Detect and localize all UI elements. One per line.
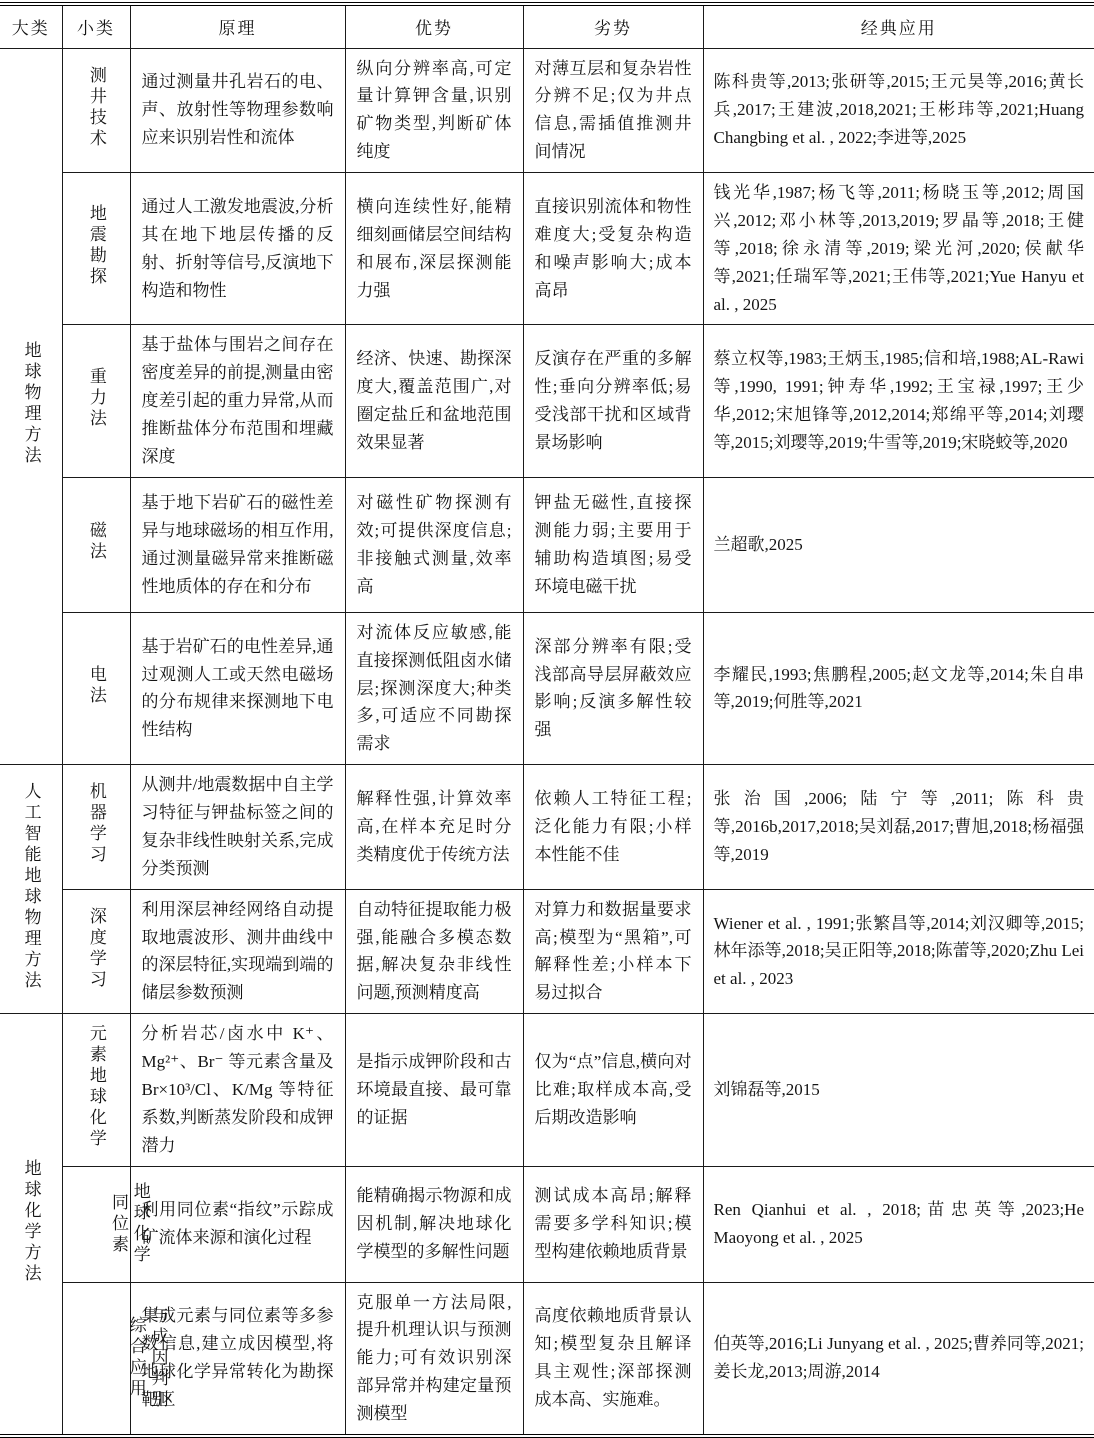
minor-category-cell: 机器学习 (62, 765, 130, 890)
advantage-cell: 自动特征提取能力极强,能融合多模态数据,解决复杂非线性问题,预测精度高 (345, 889, 523, 1014)
advantage-cell: 纵向分辨率高,可定量计算钾含量,识别矿物类型,判断矿体纯度 (345, 48, 523, 173)
minor-label: 电法 (87, 665, 105, 707)
group-cell-geochemistry: 地球化学方法 (0, 1014, 62, 1434)
methods-table-wrap: 大类 小类 原理 优势 劣势 经典应用 地球物理方法 测井技术 通过测量井孔岩石… (0, 2, 1094, 1438)
applications-cell: 兰超歌,2025 (703, 477, 1094, 612)
disadvantage-cell: 对薄互层和复杂岩性分辨不足;仅为井点信息,需插值推测井间情况 (523, 48, 703, 173)
disadvantage-cell: 钾盐无磁性,直接探测能力弱;主要用于辅助构造填图;易受环境电磁干扰 (523, 477, 703, 612)
minor-category-cell: 磁法 (62, 477, 130, 612)
disadvantage-cell: 高度依赖地质背景认知;模型复杂且解译具主观性;深部探测成本高、实施难。 (523, 1282, 703, 1434)
group-cell-geophysics: 地球物理方法 (0, 48, 62, 765)
principle-cell: 通过测量井孔岩石的电、声、放射性等物理参数响应来识别岩性和流体 (130, 48, 345, 173)
disadvantage-cell: 反演存在严重的多解性;垂向分辨率低;易受浅部干扰和区域背景场影响 (523, 325, 703, 477)
minor-label: 深度学习 (87, 907, 105, 991)
header-major-category: 大类 (0, 6, 62, 48)
applications-cell: 刘锦磊等,2015 (703, 1014, 1094, 1166)
advantage-cell: 克服单一方法局限,提升机理认识与预测能力;可有效识别深部异常并构建定量预测模型 (345, 1282, 523, 1434)
advantage-cell: 对流体反应敏感,能直接探测低阻卤水储层;探测深度大;种类多,可适应不同勘探需求 (345, 612, 523, 764)
table-row-machine-learning: 人工智能地球物理方法 机器学习 从测井/地震数据中自主学习特征与钾盐标签之间的复… (0, 765, 1094, 890)
disadvantage-cell: 对算力和数据量要求高;模型为“黑箱”,可解释性差;小样本下易过拟合 (523, 889, 703, 1014)
header-disadvantage: 劣势 (523, 6, 703, 48)
advantage-cell: 对磁性矿物探测有效;可提供深度信息;非接触式测量,效率高 (345, 477, 523, 612)
principle-cell: 通过人工激发地震波,分析其在地下地层传播的反射、折射等信号,反演地下构造和物性 (130, 173, 345, 325)
minor-label: 测井技术 (87, 66, 105, 150)
applications-cell: 钱光华,1987;杨飞等,2011;杨晓玉等,2012;周国兴,2012;邓小林… (703, 173, 1094, 325)
table-row-magnetic: 磁法 基于地下岩矿石的磁性差异与地球磁场的相互作用,通过测量磁异常来推断磁性地质… (0, 477, 1094, 612)
applications-cell: 伯英等,2016;Li Junyang et al. , 2025;曹养同等,2… (703, 1282, 1094, 1434)
principle-cell: 基于盐体与围岩之间存在密度差异的前提,测量由密度差引起的重力异常,从而推断盐体分… (130, 325, 345, 477)
table-row-integrated-application: 综合应用 与成因判别 集成元素与同位素等多参数信息,建立成因模型,将地球化学异常… (0, 1282, 1094, 1434)
applications-cell: Ren Qianhui et al. , 2018;苗忠英等,2023;He M… (703, 1166, 1094, 1282)
principle-cell: 集成元素与同位素等多参数信息,建立成因模型,将地球化学异常转化为勘探靶区 (130, 1282, 345, 1434)
advantage-cell: 经济、快速、勘探深度大,覆盖范围广,对圈定盐丘和盆地范围效果显著 (345, 325, 523, 477)
table-row-element-geochemistry: 地球化学方法 元素地球化学 分析岩芯/卤水中 K⁺、Mg²⁺、Br⁻ 等元素含量… (0, 1014, 1094, 1166)
applications-cell: 李耀民,1993;焦鹏程,2005;赵文龙等,2014;朱自串等,2019;何胜… (703, 612, 1094, 764)
applications-cell: 蔡立权等,1983;王炳玉,1985;信和培,1988;AL-Rawi 等,19… (703, 325, 1094, 477)
minor-label: 元素地球化学 (87, 1024, 105, 1150)
advantage-cell: 解释性强,计算效率高,在样本充足时分类精度优于传统方法 (345, 765, 523, 890)
table-row-isotope-geochemistry: 同位素 地球化学 利用同位素“指纹”示踪成矿流体来源和演化过程 能精确揭示物源和… (0, 1166, 1094, 1282)
principle-cell: 分析岩芯/卤水中 K⁺、Mg²⁺、Br⁻ 等元素含量及 Br×10³/Cl、K/… (130, 1014, 345, 1166)
advantage-cell: 横向连续性好,能精细刻画储层空间结构和展布,深层探测能力强 (345, 173, 523, 325)
disadvantage-cell: 深部分辨率有限;受浅部高导层屏蔽效应影响;反演多解性较强 (523, 612, 703, 764)
advantage-cell: 能精确揭示物源和成因机制,解决地球化学模型的多解性问题 (345, 1166, 523, 1282)
minor-label: 磁法 (87, 521, 105, 563)
header-row: 大类 小类 原理 优势 劣势 经典应用 (0, 6, 1094, 48)
minor-label-col1: 同位素 (109, 1193, 127, 1256)
header-minor-category: 小类 (62, 6, 130, 48)
principle-cell: 基于岩矿石的电性差异,通过观测人工或天然电磁场的分布规律来探测地下电性结构 (130, 612, 345, 764)
applications-cell: 张治国,2006;陆宁等,2011;陈科贵等,2016b,2017,2018;吴… (703, 765, 1094, 890)
group-label: 地球化学方法 (22, 1159, 40, 1285)
minor-label: 机器学习 (87, 782, 105, 866)
applications-cell: 陈科贵等,2013;张研等,2015;王元昊等,2016;黄长兵,2017;王建… (703, 48, 1094, 173)
principle-cell: 利用深层神经网络自动提取地震波形、测井曲线中的深层特征,实现端到端的储层参数预测 (130, 889, 345, 1014)
disadvantage-cell: 依赖人工特征工程;泛化能力有限;小样本性能不佳 (523, 765, 703, 890)
header-advantage: 优势 (345, 6, 523, 48)
methods-comparison-table: 大类 小类 原理 优势 劣势 经典应用 地球物理方法 测井技术 通过测量井孔岩石… (0, 6, 1094, 1434)
group-label: 地球物理方法 (22, 341, 40, 467)
advantage-cell: 是指示成钾阶段和古环境最直接、最可靠的证据 (345, 1014, 523, 1166)
minor-category-cell: 综合应用 与成因判别 (62, 1282, 130, 1434)
minor-label: 地震勘探 (87, 204, 105, 288)
applications-cell: Wiener et al. , 1991;张繁昌等,2014;刘汉卿等,2015… (703, 889, 1094, 1014)
header-application: 经典应用 (703, 6, 1094, 48)
group-cell-ai-geophysics: 人工智能地球物理方法 (0, 765, 62, 1014)
minor-category-cell: 元素地球化学 (62, 1014, 130, 1166)
minor-label: 重力法 (87, 367, 105, 430)
minor-category-cell: 同位素 地球化学 (62, 1166, 130, 1282)
table-row-seismic: 地震勘探 通过人工激发地震波,分析其在地下地层传播的反射、折射等信号,反演地下构… (0, 173, 1094, 325)
disadvantage-cell: 仅为“点”信息,横向对比难;取样成本高,受后期改造影响 (523, 1014, 703, 1166)
group-label: 人工智能地球物理方法 (22, 782, 40, 992)
minor-category-cell: 深度学习 (62, 889, 130, 1014)
minor-category-cell: 电法 (62, 612, 130, 764)
document-page: 大类 小类 原理 优势 劣势 经典应用 地球物理方法 测井技术 通过测量井孔岩石… (0, 0, 1094, 1302)
header-principle: 原理 (130, 6, 345, 48)
table-row-well-logging: 地球物理方法 测井技术 通过测量井孔岩石的电、声、放射性等物理参数响应来识别岩性… (0, 48, 1094, 173)
table-row-gravity: 重力法 基于盐体与围岩之间存在密度差异的前提,测量由密度差引起的重力异常,从而推… (0, 325, 1094, 477)
principle-cell: 基于地下岩矿石的磁性差异与地球磁场的相互作用,通过测量磁异常来推断磁性地质体的存… (130, 477, 345, 612)
table-row-deep-learning: 深度学习 利用深层神经网络自动提取地震波形、测井曲线中的深层特征,实现端到端的储… (0, 889, 1094, 1014)
disadvantage-cell: 测试成本高昂;解释需要多学科知识;模型构建依赖地质背景 (523, 1166, 703, 1282)
minor-category-cell: 地震勘探 (62, 173, 130, 325)
table-row-electrical: 电法 基于岩矿石的电性差异,通过观测人工或天然电磁场的分布规律来探测地下电性结构… (0, 612, 1094, 764)
disadvantage-cell: 直接识别流体和物性难度大;受复杂构造和噪声影响大;成本高昂 (523, 173, 703, 325)
minor-category-cell: 重力法 (62, 325, 130, 477)
minor-category-cell: 测井技术 (62, 48, 130, 173)
principle-cell: 从测井/地震数据中自主学习特征与钾盐标签之间的复杂非线性映射关系,完成分类预测 (130, 765, 345, 890)
